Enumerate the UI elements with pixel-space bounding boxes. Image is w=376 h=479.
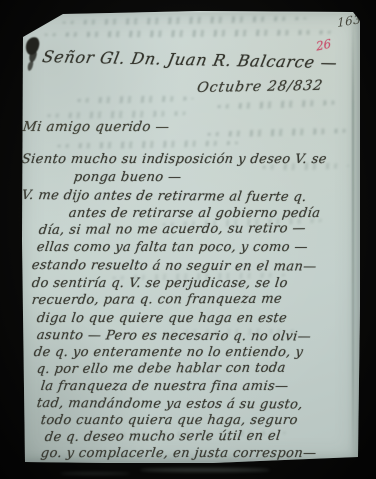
handwritten-line: asunto — Pero es necesario q. no olvi—: [36, 329, 312, 343]
handwritten-line: ponga bueno —: [73, 171, 182, 184]
handwritten-line: ellas como ya falta tan poco, y como —: [36, 241, 309, 254]
handwritten-line: antes de retirarse al gobierno pedía: [68, 207, 321, 220]
bleedthrough-line: [204, 127, 354, 138]
handwritten-line: do sentiría q. V. se perjudicase, se lo: [31, 277, 289, 290]
bleedthrough-line: [44, 110, 194, 120]
scan-background: 163 26 Señor Gl. Dn. Juan R. Balcarce — …: [0, 0, 376, 479]
handwritten-line: la franqueza de nuestra fina amis—: [40, 380, 289, 393]
handwritten-line: todo cuanto quiera que haga, seguro: [40, 414, 299, 427]
handwritten-line: de q. yo enteramente no lo entiendo, y: [33, 346, 304, 359]
bleedthrough-line: [59, 15, 309, 26]
letter-page: 163 26 Señor Gl. Dn. Juan R. Balcarce — …: [19, 11, 360, 463]
recipient-line: Señor Gl. Dn. Juan R. Balcarce —: [41, 49, 339, 71]
handwritten-line: recuerdo, para q. con franqueza me: [31, 293, 283, 307]
handwritten-line: V. me dijo antes de retirarme al fuerte …: [21, 189, 307, 204]
salutation-line: Mi amigo querido —: [22, 121, 170, 135]
bleedthrough-line: [41, 29, 341, 39]
handwritten-line: Siento mucho su indisposición y deseo V.…: [21, 153, 328, 166]
bleedthrough-line: [214, 99, 344, 111]
date-line: Octubre 28/832: [196, 79, 324, 95]
handwritten-line: go. y complacerle, en justa correspon—: [40, 447, 317, 460]
folio-number: 163: [337, 12, 361, 30]
handwritten-line: estando resuelto á no seguir en el man—: [31, 259, 317, 273]
margin-smudge: [60, 472, 130, 475]
handwritten-line: q. por ello me debe hablar con toda: [36, 362, 286, 376]
bleedthrough-line: [74, 95, 194, 104]
red-pencil-mark: 26: [315, 36, 331, 53]
handwritten-line: día, si mal no me acuerdo, su retiro —: [38, 222, 307, 237]
margin-smudge: [140, 468, 270, 472]
ink-blot: [25, 36, 41, 56]
bleedthrough-line: [54, 139, 244, 149]
fold-crease: [352, 15, 354, 459]
handwritten-line: diga lo que quiere que haga en este: [36, 312, 288, 325]
handwritten-line: de q. deseo mucho serle útil en el: [44, 430, 281, 444]
handwritten-line: tad, mandándome ya estos á su gusto,: [36, 397, 304, 411]
